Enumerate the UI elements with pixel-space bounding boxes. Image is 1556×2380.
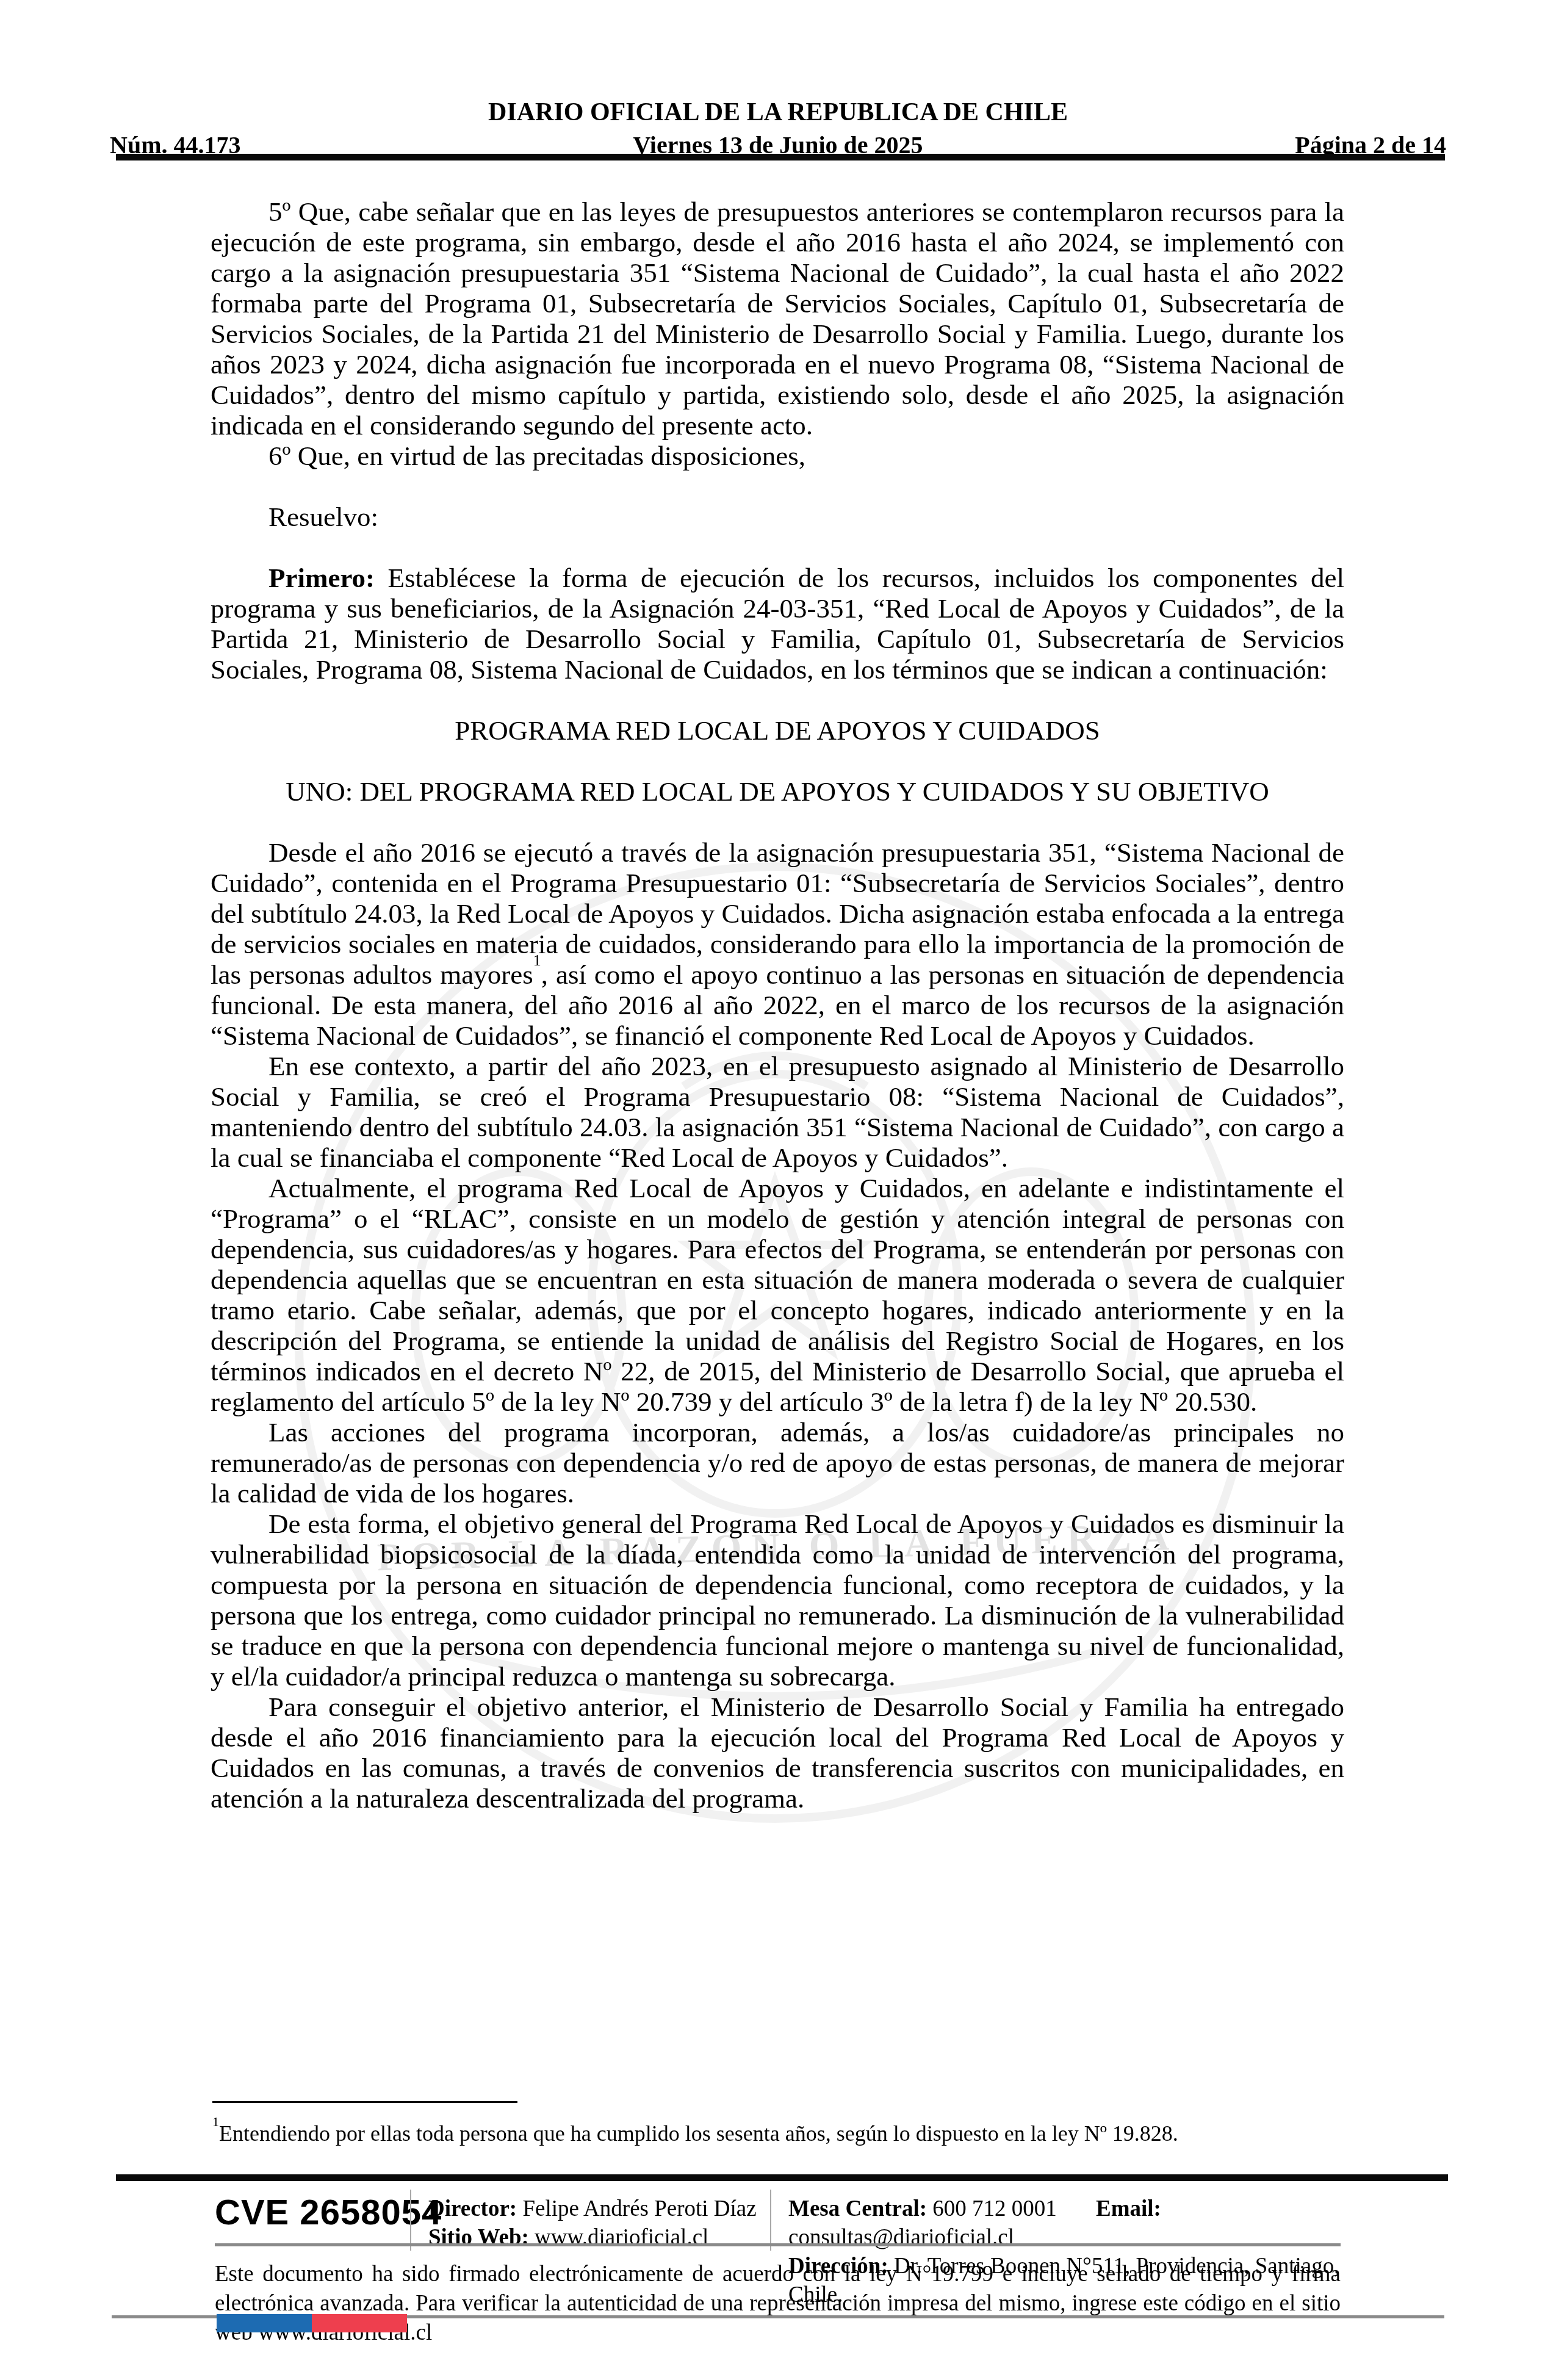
footnote-text: Entendiendo por ellas toda persona que h…: [219, 2121, 1178, 2146]
primero-label: Primero:: [268, 563, 375, 593]
flag-red-block: [312, 2314, 407, 2332]
director-line: Director: Felipe Andrés Peroti Díaz: [428, 2194, 761, 2223]
paragraph-considerando-5: 5º Que, cabe señalar que en las leyes de…: [211, 197, 1344, 441]
director-label: Director:: [428, 2196, 517, 2221]
chile-flag-mark: [217, 2314, 407, 2332]
footnote-marker: 1: [212, 2114, 219, 2129]
paragraph-actualmente: Actualmente, el programa Red Local de Ap…: [211, 1173, 1344, 1417]
paragraph-considerando-6: 6º Que, en virtud de las precitadas disp…: [211, 441, 1344, 471]
footer-mid-rule: [215, 2243, 1341, 2246]
footer-divider-2: [770, 2190, 771, 2251]
paragraph-resuelvo: Resuelvo:: [211, 502, 1344, 532]
footnote-divider: [212, 2101, 517, 2103]
paragraph-acciones: Las acciones del programa incorporan, ad…: [211, 1417, 1344, 1509]
paragraph-objetivo-general: De esta forma, el objetivo general del P…: [211, 1509, 1344, 1692]
masthead-title: DIARIO OFICIAL DE LA REPUBLICA DE CHILE: [0, 98, 1556, 127]
paragraph-primero: Primero: Establécese la forma de ejecuci…: [211, 563, 1344, 685]
email-label: Email:: [1096, 2196, 1161, 2221]
paragraph-contexto: En ese contexto, a partir del año 2023, …: [211, 1051, 1344, 1173]
website-line: Sitio Web: www.diarioficial.cl: [428, 2223, 761, 2252]
paragraph-para-conseguir: Para conseguir el objetivo anterior, el …: [211, 1692, 1344, 1814]
footnote: 1Entendiendo por ellas toda persona que …: [212, 2115, 1344, 2147]
footnote-reference: 1: [533, 951, 541, 969]
header-rule: [116, 154, 1445, 160]
mesa-central-number: 600 712 0001: [932, 2196, 1057, 2221]
primero-text: Establécese la forma de ejecución de los…: [211, 563, 1344, 685]
legal-notice: Este documento ha sido firmado electróni…: [215, 2260, 1341, 2348]
section-heading-uno: UNO: DEL PROGRAMA RED LOCAL DE APOYOS Y …: [211, 776, 1344, 807]
footer-top-rule: [116, 2174, 1448, 2181]
section-heading-programa: PROGRAMA RED LOCAL DE APOYOS Y CUIDADOS: [211, 715, 1344, 746]
mesa-central-label: Mesa Central:: [788, 2196, 927, 2221]
director-name: Felipe Andrés Peroti Díaz: [522, 2196, 756, 2221]
paragraph-desde-2016: Desde el año 2016 se ejecutó a través de…: [211, 837, 1344, 1051]
document-page: DIARIO OFICIAL DE LA REPUBLICA DE CHILE …: [0, 0, 1556, 2380]
document-body: 5º Que, cabe señalar que en las leyes de…: [211, 197, 1344, 1814]
cve-code: CVE 2658054: [215, 2194, 442, 2231]
footer-divider-1: [410, 2190, 411, 2251]
flag-blue-block: [217, 2314, 312, 2332]
